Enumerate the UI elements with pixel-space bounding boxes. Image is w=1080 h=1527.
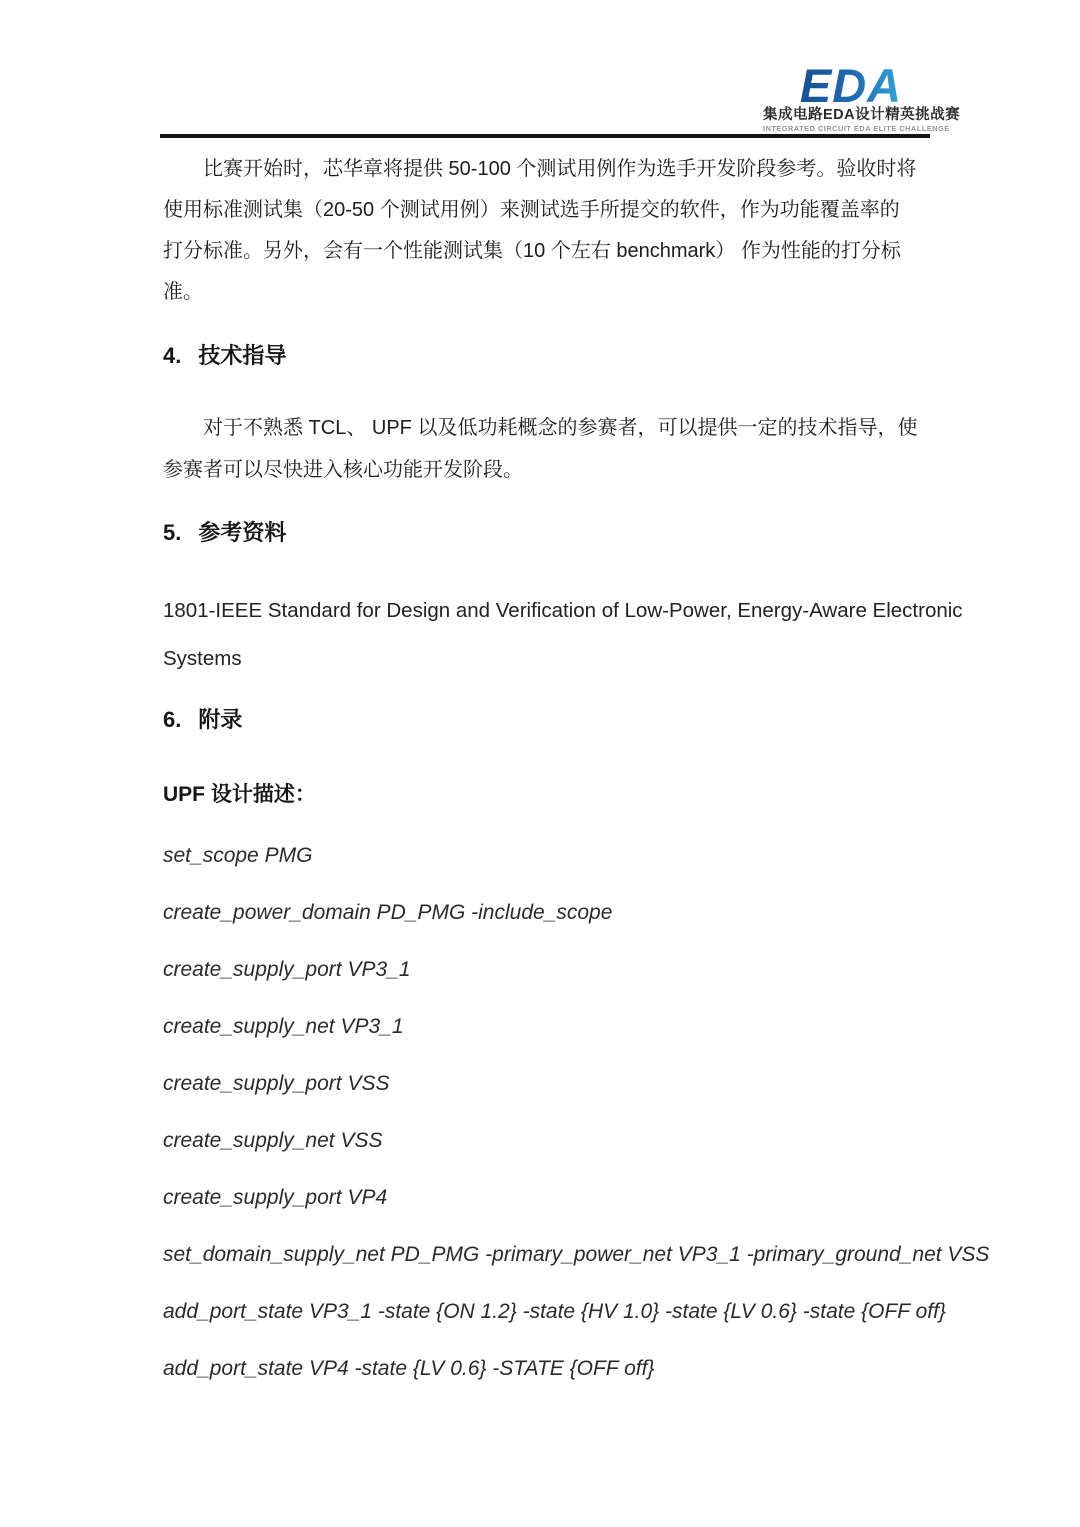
section5-paragraph: 1801-IEEE Standard for Design and Verifi…	[163, 587, 928, 683]
logo-tagline-en: INTEGRATED CIRCUIT EDA ELITE CHALLENGE	[763, 124, 939, 134]
eda-wordmark-text: EDA	[800, 59, 902, 110]
heading-title: 附录	[198, 707, 242, 732]
paragraph-line: 使用标准测试集（20-50 个测试用例）来测试选手所提交的软件，作为功能覆盖率的	[163, 190, 928, 231]
document-page: EDA 集成电路EDA设计精英挑战赛 INTEGRATED CIRCUIT ED…	[0, 0, 1080, 1527]
upf-command-line: create_supply_port VSS	[163, 1073, 989, 1095]
upf-code-block: set_scope PMG create_power_domain PD_PMG…	[163, 845, 989, 1380]
upf-command-line: add_port_state VP3_1 -state {ON 1.2} -st…	[163, 1301, 989, 1323]
paragraph-line: 打分标准。另外，会有一个性能测试集（10 个左右 benchmark） 作为性能…	[163, 231, 928, 272]
header-divider-rule	[160, 134, 930, 138]
upf-description-heading: UPF 设计描述：	[163, 778, 316, 808]
paragraph-line: 对于不熟悉 TCL、 UPF 以及低功耗概念的参赛者，可以提供一定的技术指导，使	[163, 407, 928, 449]
heading-number: 5.	[163, 518, 181, 548]
eda-logo-icon: EDA	[763, 58, 939, 110]
paragraph-line: 准。	[163, 272, 928, 313]
section-heading-4: 4.技术指导	[163, 341, 286, 371]
paragraph-line: 比赛开始时，芯华章将提供 50-100 个测试用例作为选手开发阶段参考。验收时将	[163, 149, 928, 190]
upf-command-line: create_supply_port VP3_1	[163, 959, 989, 981]
heading-title: 参考资料	[198, 520, 286, 545]
heading-title: 技术指导	[198, 343, 286, 368]
upf-command-line: set_scope PMG	[163, 845, 989, 867]
upf-command-line: create_supply_port VP4	[163, 1187, 989, 1209]
section-heading-6: 6.附录	[163, 705, 242, 735]
heading-number: 4.	[163, 341, 181, 371]
paragraph-line: 参赛者可以尽快进入核心功能开发阶段。	[163, 449, 928, 491]
section-heading-5: 5.参考资料	[163, 518, 286, 548]
upf-command-line: add_port_state VP4 -state {LV 0.6} -STAT…	[163, 1358, 989, 1380]
intro-paragraph: 比赛开始时，芯华章将提供 50-100 个测试用例作为选手开发阶段参考。验收时将…	[163, 149, 928, 313]
section4-paragraph: 对于不熟悉 TCL、 UPF 以及低功耗概念的参赛者，可以提供一定的技术指导，使…	[163, 407, 928, 491]
upf-command-line: set_domain_supply_net PD_PMG -primary_po…	[163, 1244, 989, 1266]
upf-command-line: create_supply_net VP3_1	[163, 1016, 989, 1038]
upf-command-line: create_power_domain PD_PMG -include_scop…	[163, 902, 989, 924]
logo-tagline-cn: 集成电路EDA设计精英挑战赛	[763, 107, 939, 123]
upf-command-line: create_supply_net VSS	[163, 1130, 989, 1152]
paragraph-line: Systems	[163, 635, 928, 683]
header-logo: EDA 集成电路EDA设计精英挑战赛 INTEGRATED CIRCUIT ED…	[763, 58, 939, 134]
heading-number: 6.	[163, 705, 181, 735]
paragraph-line: 1801-IEEE Standard for Design and Verifi…	[163, 587, 928, 635]
